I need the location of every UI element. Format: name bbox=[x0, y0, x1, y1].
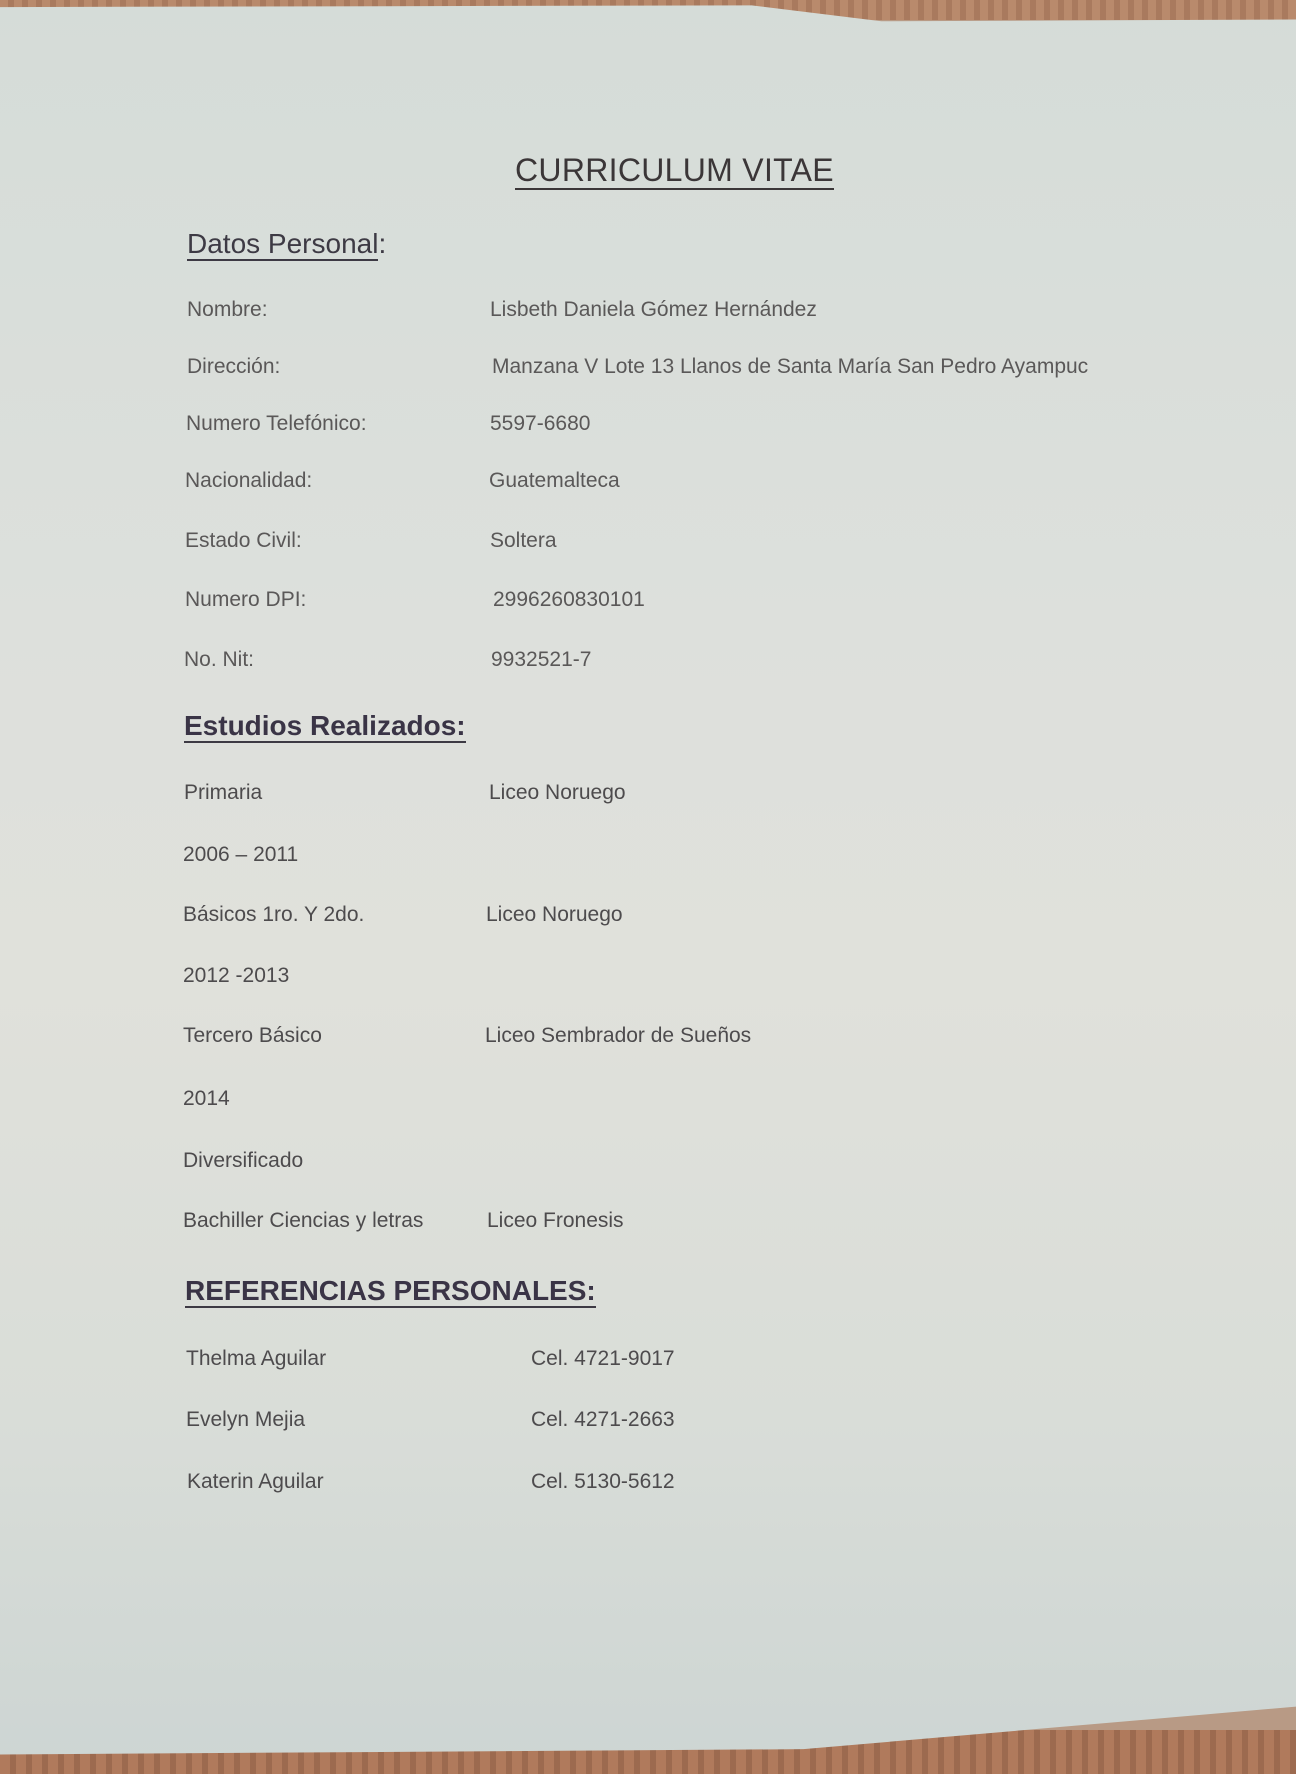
reference-phone: Cel. 5130-5612 bbox=[531, 1469, 675, 1495]
study-level: Tercero Básico bbox=[183, 1023, 322, 1049]
personal-data-heading-text: Datos Personal bbox=[187, 228, 378, 261]
field-value: 2996260830101 bbox=[493, 587, 645, 613]
field-value: Manzana V Lote 13 Llanos de Santa María … bbox=[492, 354, 1088, 380]
reference-name: Evelyn Mejia bbox=[186, 1407, 305, 1433]
document-title: CURRICULUM VITAE bbox=[515, 152, 834, 190]
field-value: Soltera bbox=[490, 528, 557, 554]
references-heading: REFERENCIAS PERSONALES: bbox=[185, 1275, 596, 1307]
field-label: Nacionalidad: bbox=[185, 468, 312, 494]
field-value: 9932521-7 bbox=[491, 647, 591, 673]
field-value: 5597-6680 bbox=[490, 411, 590, 437]
study-level: Bachiller Ciencias y letras bbox=[183, 1208, 423, 1234]
reference-name: Katerin Aguilar bbox=[187, 1469, 324, 1495]
study-school: Liceo Noruego bbox=[489, 780, 626, 806]
field-label: Numero DPI: bbox=[185, 587, 306, 613]
reference-phone: Cel. 4271-2663 bbox=[531, 1407, 675, 1433]
study-years: 2006 – 2011 bbox=[183, 842, 298, 868]
studies-heading-text: Estudios Realizados: bbox=[184, 710, 466, 743]
field-label: Nombre: bbox=[187, 297, 268, 323]
study-level: Primaria bbox=[184, 780, 262, 806]
studies-heading: Estudios Realizados: bbox=[184, 710, 466, 742]
study-school: Liceo Fronesis bbox=[487, 1208, 624, 1234]
personal-data-heading-colon: : bbox=[378, 228, 386, 259]
field-label: Estado Civil: bbox=[185, 528, 302, 554]
study-years: 2012 -2013 bbox=[183, 963, 289, 989]
reference-name: Thelma Aguilar bbox=[186, 1346, 326, 1372]
field-label: No. Nit: bbox=[184, 647, 254, 673]
field-label: Numero Telefónico: bbox=[186, 411, 367, 437]
reference-phone: Cel. 4721-9017 bbox=[531, 1346, 675, 1372]
study-level: Diversificado bbox=[183, 1148, 303, 1174]
study-school: Liceo Sembrador de Sueños bbox=[485, 1023, 751, 1049]
references-heading-text: REFERENCIAS PERSONALES: bbox=[185, 1275, 596, 1308]
cv-paper-sheet: CURRICULUM VITAE Datos Personal: Nombre:… bbox=[0, 0, 1296, 1774]
study-school: Liceo Noruego bbox=[486, 902, 623, 928]
field-label: Dirección: bbox=[187, 354, 280, 380]
personal-data-heading: Datos Personal: bbox=[187, 228, 386, 260]
study-years: 2014 bbox=[183, 1086, 230, 1112]
field-value: Guatemalteca bbox=[489, 468, 620, 494]
field-value: Lisbeth Daniela Gómez Hernández bbox=[490, 297, 817, 323]
study-level: Básicos 1ro. Y 2do. bbox=[183, 902, 364, 928]
